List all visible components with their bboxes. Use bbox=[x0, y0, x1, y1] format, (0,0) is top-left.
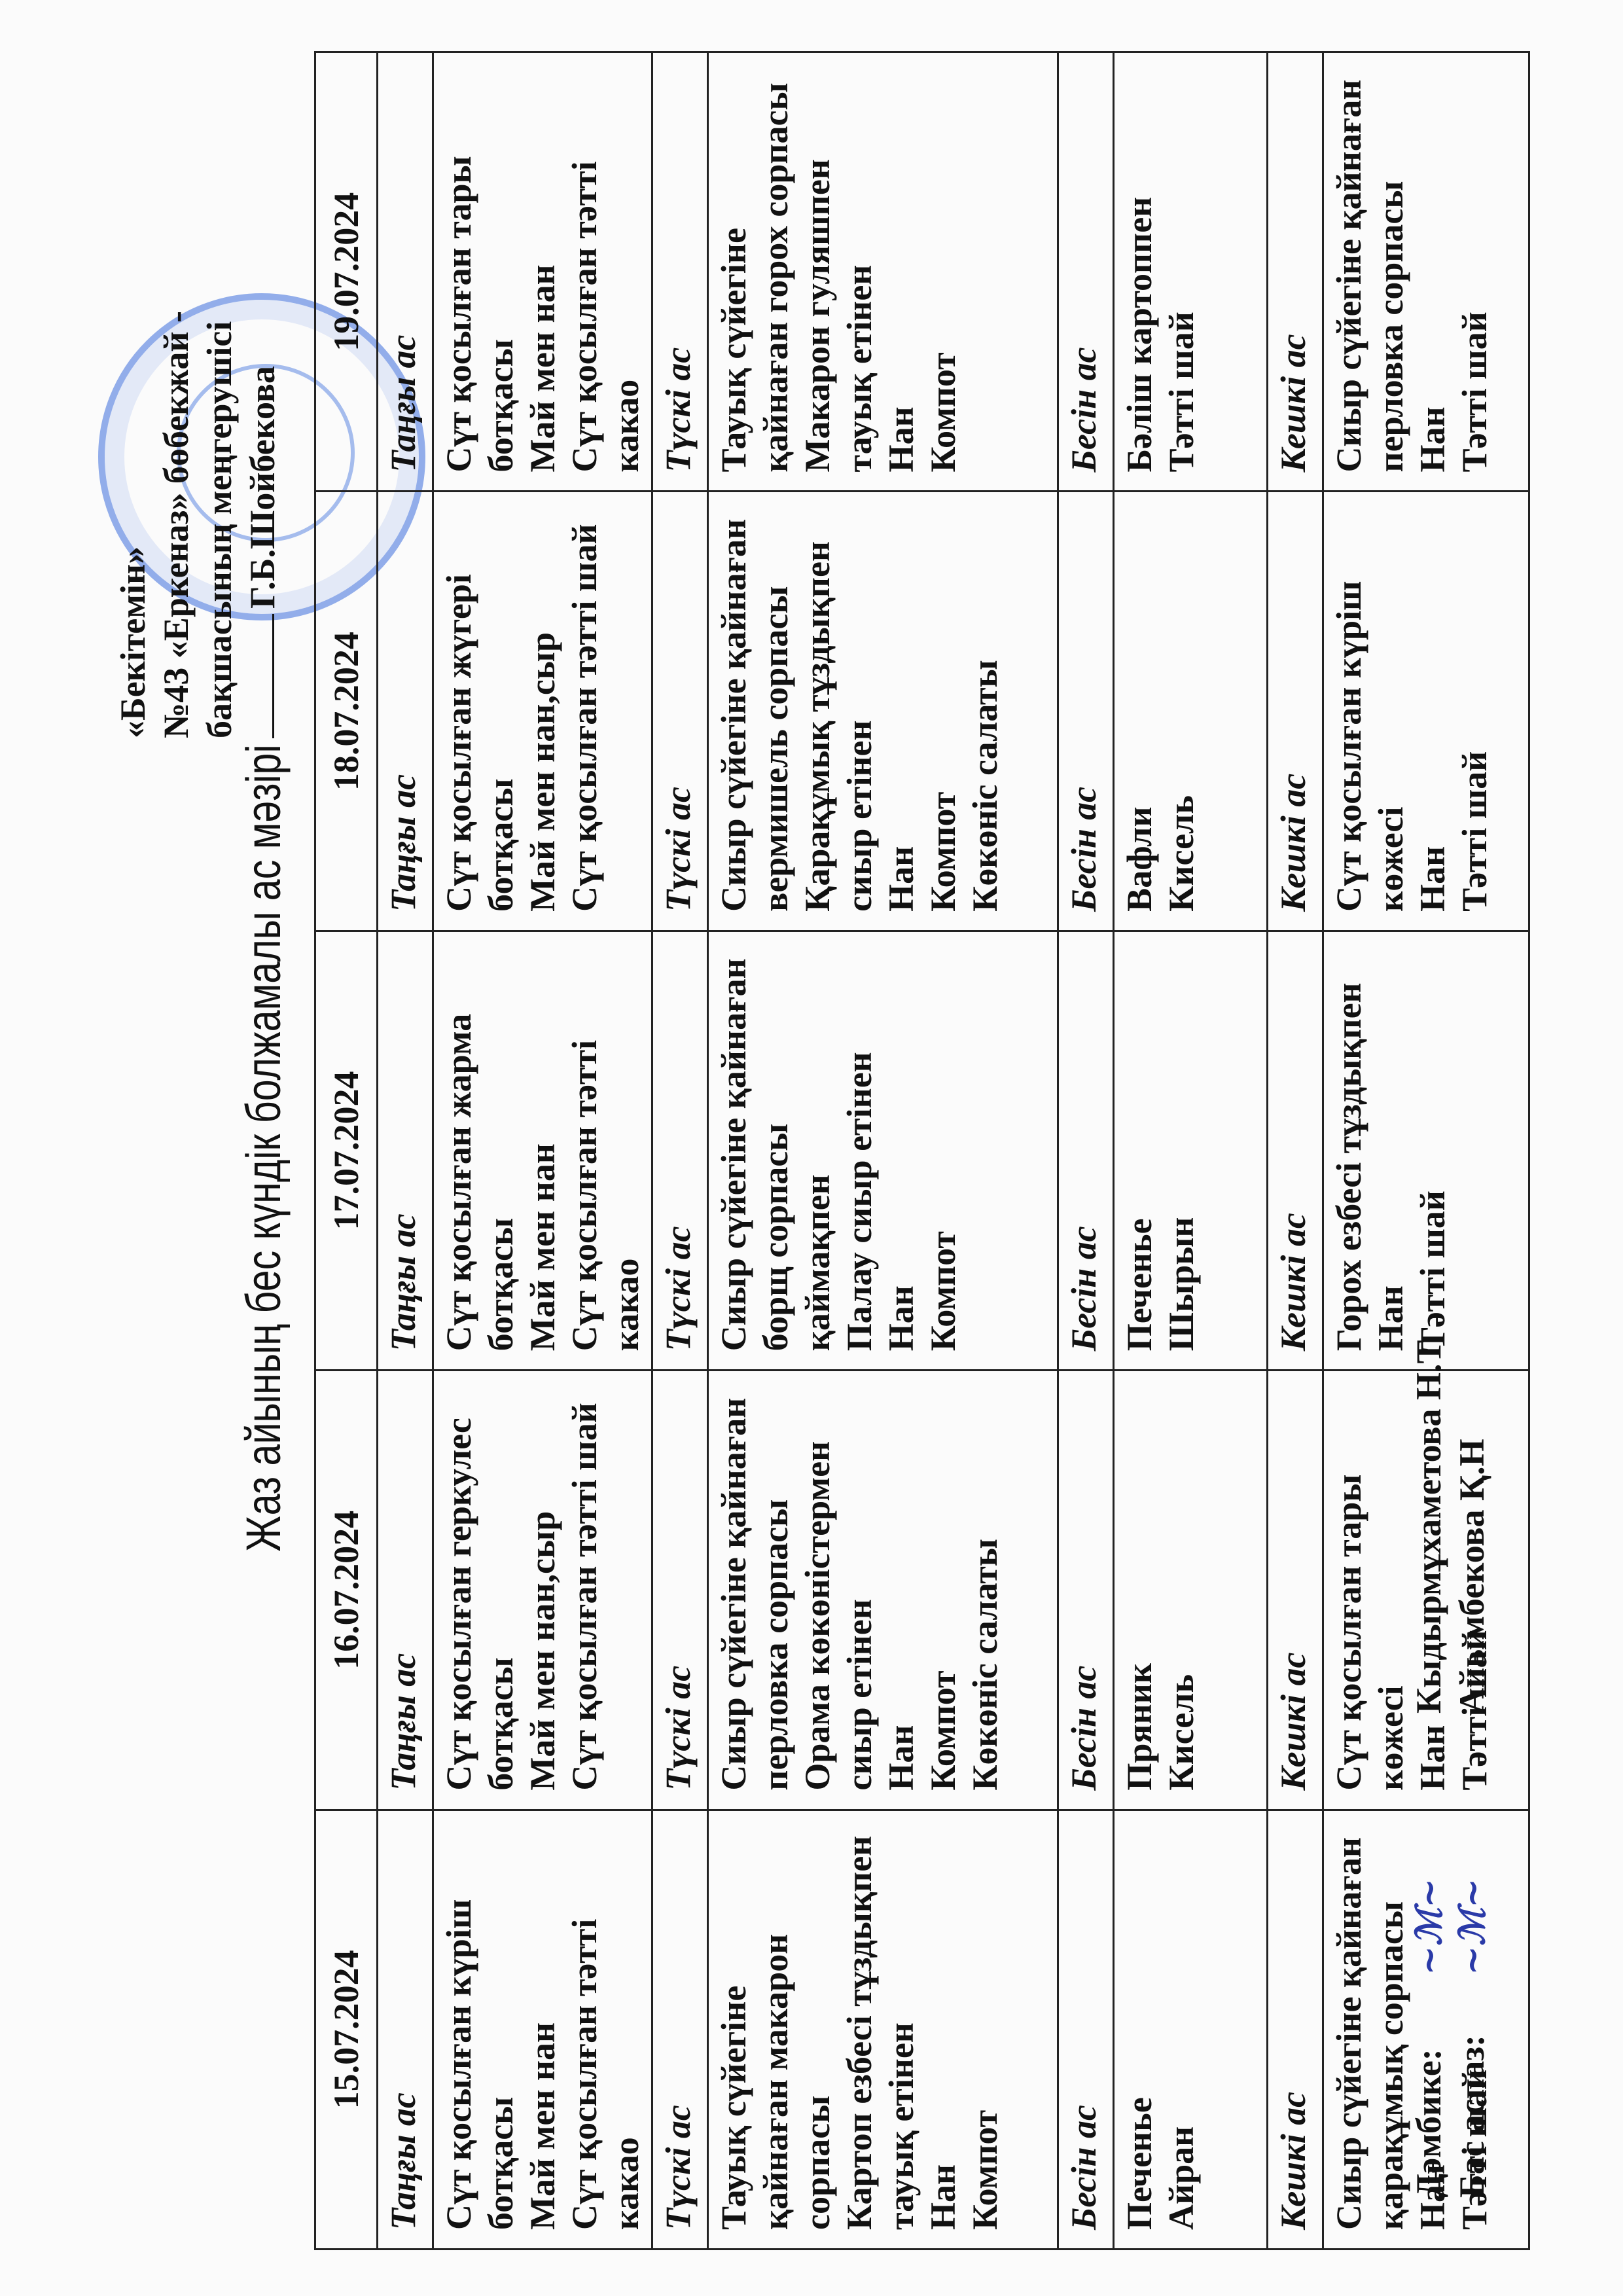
date-header: 17.07.2024 bbox=[315, 931, 378, 1370]
date-header: 19.07.2024 bbox=[315, 52, 378, 492]
page-title: Жаз айының бес күндік болжамалы ас мәзір… bbox=[236, 230, 291, 2066]
meal-items: Сиыр сүйегіне қайнаған вермишель сорпасы… bbox=[708, 492, 1058, 931]
meal-items: Бәліш картоппен Тәтті шай bbox=[1114, 52, 1268, 492]
meal-label-row: Бесін ас Бесін ас Бесін ас Бесін ас Бесі… bbox=[1058, 52, 1114, 2250]
meal-items: Сүт қосылған жарма ботқасы Май мен нан С… bbox=[433, 931, 652, 1370]
meal-label: Түскі ас bbox=[652, 1371, 708, 1810]
signer-role: Дәмбике: bbox=[1407, 1975, 1450, 2198]
date-header-row: 15.07.2024 16.07.2024 17.07.2024 18.07.2… bbox=[315, 52, 378, 2250]
signers-block: Дәмбике: ~ℳ~ Кыдырмұхаметова Н.Т Бас асп… bbox=[1407, 1340, 1493, 2198]
meal-label: Таңғы ас bbox=[378, 1371, 433, 1810]
meal-items: Сиыр сүйегіне қайнаған борщ сорпасы қайм… bbox=[708, 931, 1058, 1370]
signer-name: Айымбекова Қ.Н bbox=[1450, 1439, 1493, 1713]
meal-label-row: Кешкі ас Кешкі ас Кешкі ас Кешкі ас Кешк… bbox=[1268, 52, 1323, 2250]
meal-label-row: Түскі ас Түскі ас Түскі ас Түскі ас Түск… bbox=[652, 52, 708, 2250]
meal-label-row: Таңғы ас Таңғы ас Таңғы ас Таңғы ас Таңғ… bbox=[378, 52, 433, 2250]
handwritten-signature-icon: ~ℳ~ bbox=[1407, 1713, 1450, 1975]
meal-items-row: Тауық сүйегіне қайнаған макарон сорпасы … bbox=[708, 52, 1058, 2250]
menu-table: 15.07.2024 16.07.2024 17.07.2024 18.07.2… bbox=[314, 51, 1530, 2250]
meal-items: Сүт қосылған жүгері ботқасы Май мен нан,… bbox=[433, 492, 652, 931]
meal-label: Таңғы ас bbox=[378, 492, 433, 931]
meal-items: Пряник Кисель bbox=[1114, 1371, 1268, 1810]
meal-items: Сүт қосылған күріш ботқасы Май мен нан С… bbox=[433, 1810, 652, 2249]
meal-items: Сүт қосылған күріш көжесі Нан Тәтті шай bbox=[1323, 492, 1529, 931]
meal-label: Бесін ас bbox=[1058, 1371, 1114, 1810]
meal-items: Сиыр сүйегіне қайнаған перловка сорпасы … bbox=[708, 1371, 1058, 1810]
approval-line: №43 «Еркеназ» бөбекжай - bbox=[154, 149, 198, 738]
meal-label: Кешкі ас bbox=[1268, 1371, 1323, 1810]
meal-label: Түскі ас bbox=[652, 52, 708, 492]
meal-label: Түскі ас bbox=[652, 1810, 708, 2249]
meal-items: Сүт қосылған тары ботқасы Май мен нан Сү… bbox=[433, 52, 652, 492]
meal-label: Кешкі ас bbox=[1268, 931, 1323, 1370]
meal-label: Кешкі ас bbox=[1268, 492, 1323, 931]
meal-label: Бесін ас bbox=[1058, 1810, 1114, 2249]
meal-items-row: Печенье Айран Пряник Кисель Печенье Шыры… bbox=[1114, 52, 1268, 2250]
approval-line: бақшасының меңгерушісі bbox=[198, 149, 241, 738]
meal-items-row: Сүт қосылған күріш ботқасы Май мен нан С… bbox=[433, 52, 652, 2250]
date-header: 16.07.2024 bbox=[315, 1371, 378, 1810]
signer-row: Бас аспаз: ~ℳ~ Айымбекова Қ.Н bbox=[1450, 1340, 1493, 2198]
meal-items: Горох езбесі тұздықпен Нан Тәтті шай bbox=[1323, 931, 1529, 1370]
meal-items: Тауық сүйегіне қайнаған макарон сорпасы … bbox=[708, 1810, 1058, 2249]
meal-label: Кешкі ас bbox=[1268, 1810, 1323, 2249]
meal-label: Таңғы ас bbox=[378, 1810, 433, 2249]
meal-items: Сүт қосылған геркулес ботқасы Май мен на… bbox=[433, 1371, 652, 1810]
meal-label: Таңғы ас bbox=[378, 52, 433, 492]
meal-items: Тауық сүйегіне қайнаған горох сорпасы Ма… bbox=[708, 52, 1058, 492]
meal-label: Түскі ас bbox=[652, 492, 708, 931]
meal-label: Кешкі ас bbox=[1268, 52, 1323, 492]
signer-name: Кыдырмұхаметова Н.Т bbox=[1407, 1340, 1450, 1713]
meal-label: Таңғы ас bbox=[378, 931, 433, 1370]
meal-label: Түскі ас bbox=[652, 931, 708, 1370]
meal-label: Бесін ас bbox=[1058, 492, 1114, 931]
date-header: 18.07.2024 bbox=[315, 492, 378, 931]
meal-label: Бесін ас bbox=[1058, 931, 1114, 1370]
meal-items: Печенье Шырын bbox=[1114, 931, 1268, 1370]
approval-line: «Бекітемін» bbox=[111, 149, 154, 738]
menu-page: «Бекітемін» №43 «Еркеназ» бөбекжай - бақ… bbox=[0, 0, 1623, 2296]
signer-row: Дәмбике: ~ℳ~ Кыдырмұхаметова Н.Т bbox=[1407, 1340, 1450, 2198]
date-header: 15.07.2024 bbox=[315, 1810, 378, 2249]
meal-items: Печенье Айран bbox=[1114, 1810, 1268, 2249]
handwritten-signature-icon: ~ℳ~ bbox=[1450, 1713, 1493, 1975]
meal-label: Бесін ас bbox=[1058, 52, 1114, 492]
signer-role: Бас аспаз: bbox=[1450, 1975, 1493, 2198]
meal-items: Вафли Кисель bbox=[1114, 492, 1268, 931]
meal-items: Сиыр сүйегіне қайнаған перловка сорпасы … bbox=[1323, 52, 1529, 492]
